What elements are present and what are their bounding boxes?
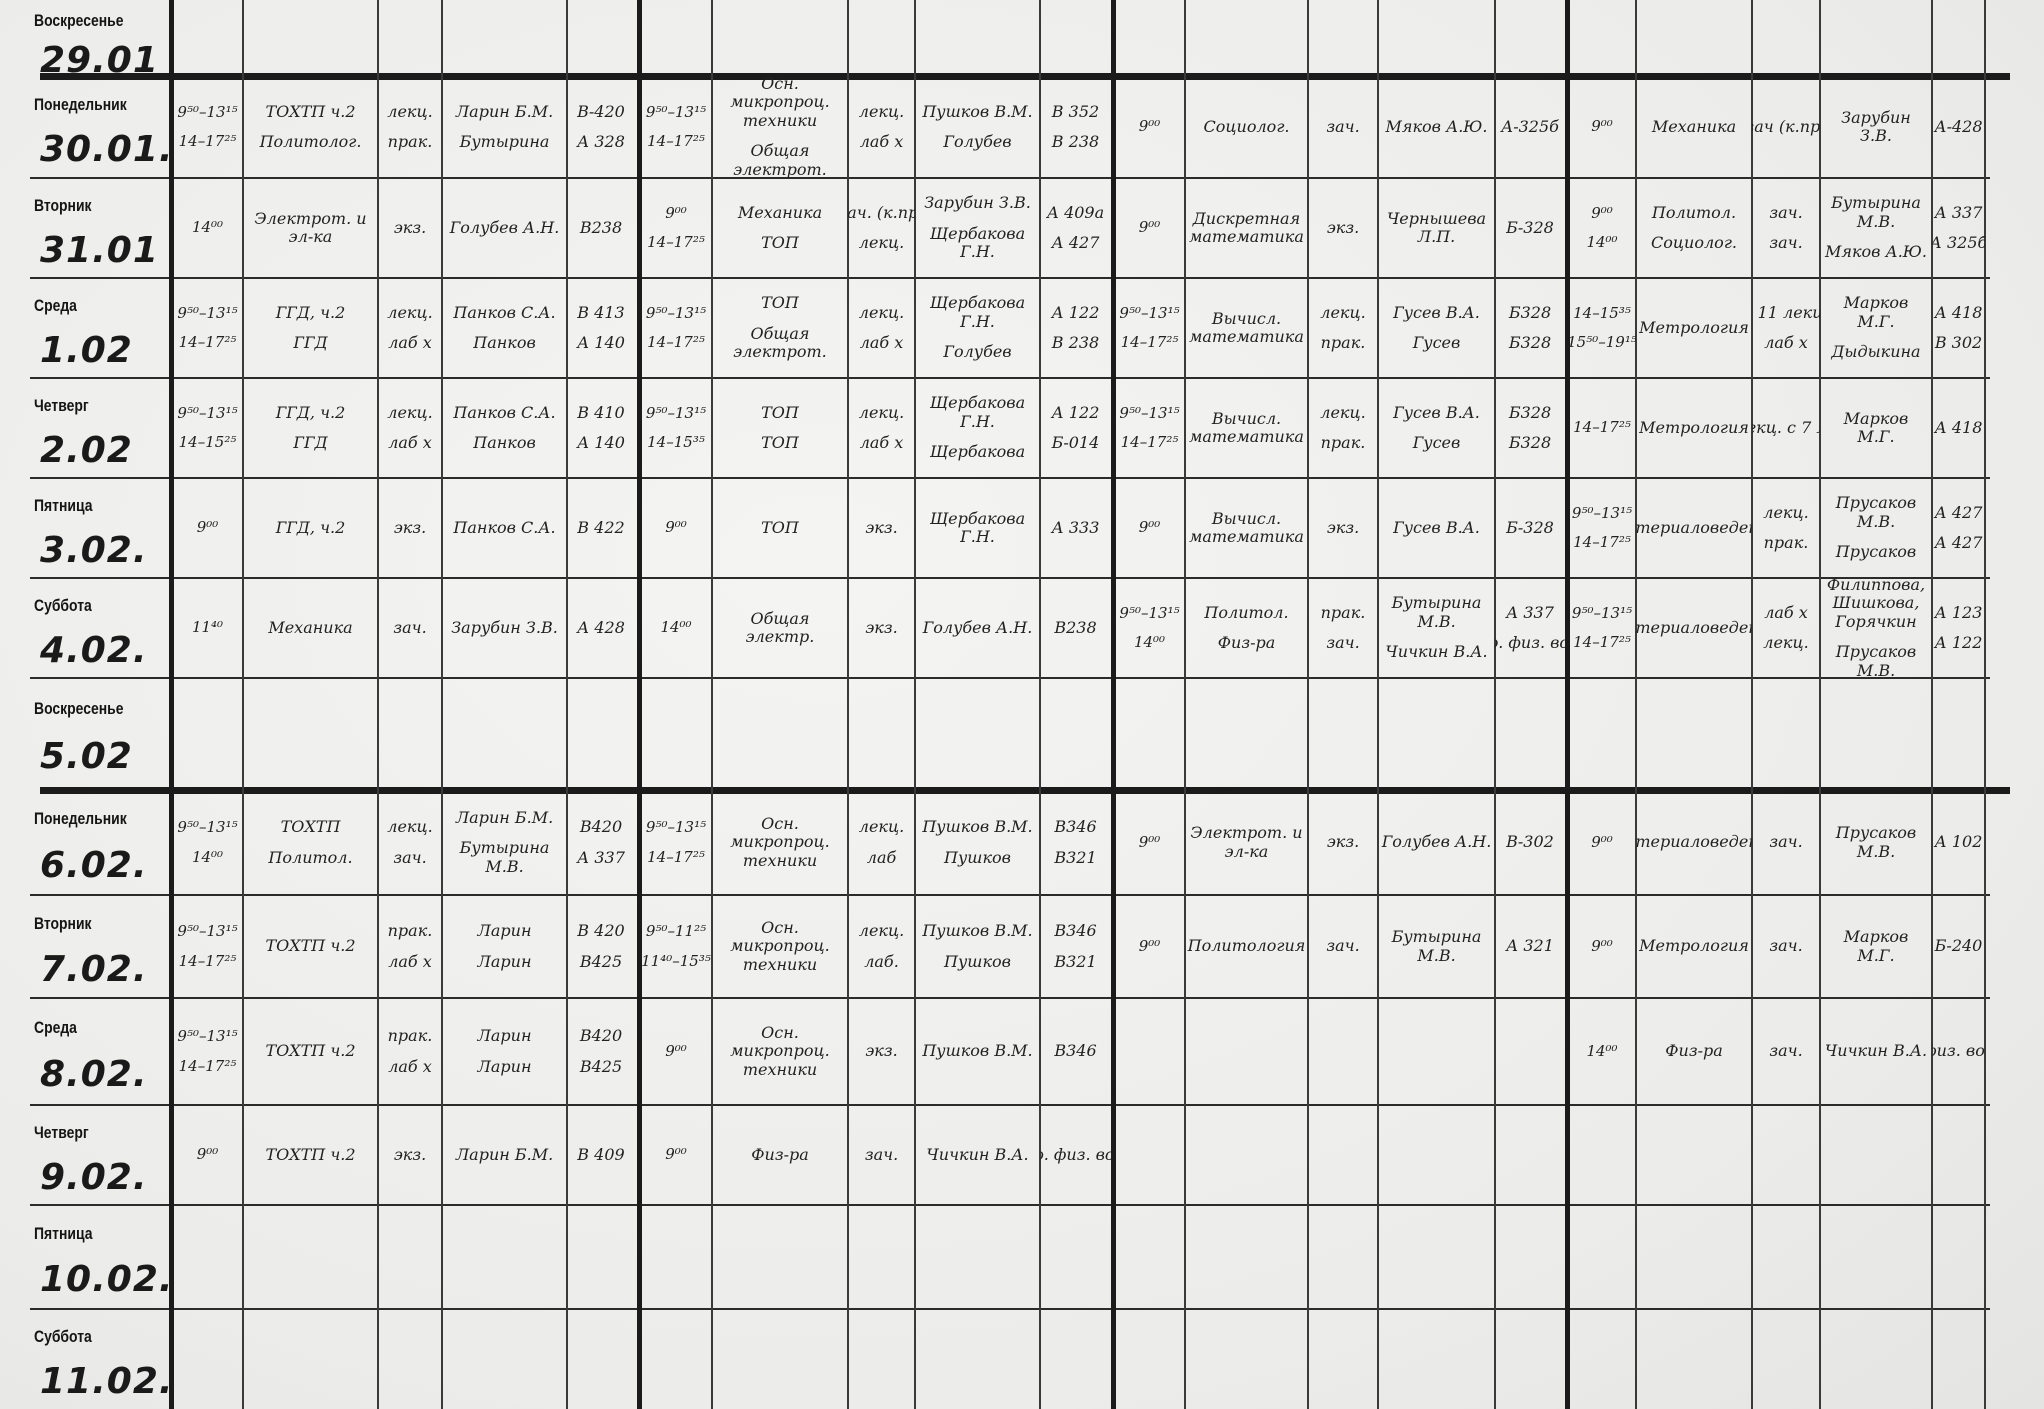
schedule-cell-teacher: Чичкин В.А. bbox=[1820, 998, 1932, 1105]
cell-line: прак. bbox=[388, 916, 433, 946]
cell-line: Зарубин З.В. bbox=[924, 188, 1031, 218]
schedule-cell-subject: Социолог. bbox=[1185, 76, 1308, 178]
schedule-cell-room: А 337каф. физ. восп. bbox=[1495, 578, 1565, 678]
cell-line: Вычисл. математика bbox=[1188, 504, 1305, 553]
schedule-cell-teacher: Пушков В.М.Пушков bbox=[915, 895, 1040, 998]
schedule-cell-room: В346 bbox=[1040, 998, 1111, 1105]
day-name: Четверг bbox=[34, 1123, 89, 1143]
cell-line: 9⁵⁰–11²⁵ bbox=[646, 917, 706, 946]
schedule-cell-subject bbox=[1636, 1309, 1752, 1409]
schedule-cell-teacher: Пушков В.М. bbox=[915, 998, 1040, 1105]
schedule-cell-type bbox=[378, 0, 442, 76]
day-label: Понедельник6.02. bbox=[30, 790, 170, 895]
day-label: Пятница3.02. bbox=[30, 478, 170, 578]
cell-line: Голубев А.Н. bbox=[450, 213, 560, 243]
schedule-cell-type: зач.зач. bbox=[1752, 178, 1820, 278]
cell-line: экз. bbox=[1327, 513, 1359, 543]
cell-line: Мяков А.Ю. bbox=[1386, 112, 1488, 142]
schedule-cell-room: А 122В 238 bbox=[1040, 278, 1111, 378]
cell-line: Электрот. и эл-ка bbox=[246, 204, 375, 253]
schedule-cell-subject bbox=[1636, 678, 1752, 790]
cell-line: 14–17²⁵ bbox=[179, 947, 237, 976]
cell-line: Ларин bbox=[478, 916, 532, 946]
schedule-cell-type bbox=[1308, 1205, 1378, 1309]
cell-line: 9⁵⁰–13¹⁵ bbox=[1572, 499, 1632, 528]
schedule-cell-subject bbox=[243, 0, 378, 76]
schedule-cell-room bbox=[1495, 1309, 1565, 1409]
cell-line: лаб. bbox=[864, 947, 899, 977]
cell-line: В346 bbox=[1054, 1036, 1096, 1066]
cell-line: прак. bbox=[388, 127, 433, 157]
schedule-cell-time bbox=[640, 0, 712, 76]
schedule-cell-room: А 102 bbox=[1932, 790, 1985, 895]
cell-line: лекц. bbox=[859, 228, 904, 258]
cell-line: Гусев bbox=[1413, 428, 1461, 458]
cell-line: лаб х bbox=[860, 127, 904, 157]
cell-line: 14⁰⁰ bbox=[1134, 628, 1165, 657]
cell-line: Чичкин В.А. bbox=[1825, 1036, 1927, 1066]
schedule-cell-room: В 422 bbox=[567, 478, 635, 578]
schedule-cell-type: экз. bbox=[848, 478, 915, 578]
cell-line: Социолог. bbox=[1651, 228, 1737, 258]
day-date: 29.01 bbox=[40, 40, 159, 81]
cell-line: Гусев bbox=[1413, 328, 1461, 358]
schedule-cell-room: А 123А 122 bbox=[1932, 578, 1985, 678]
cell-line: 9⁰⁰ bbox=[1139, 932, 1161, 961]
schedule-cell-teacher: Голубев А.Н. bbox=[442, 178, 567, 278]
cell-line: прак. bbox=[1321, 328, 1366, 358]
day-label: Суббота4.02. bbox=[30, 578, 170, 678]
schedule-cell-time: 9⁵⁰–13¹⁵14–17²⁵ bbox=[172, 998, 243, 1105]
cell-line: Щербакова Г.Н. bbox=[918, 388, 1037, 437]
cell-line: прак. bbox=[1764, 528, 1809, 558]
schedule-cell-type bbox=[1308, 1105, 1378, 1205]
cell-line: 14–17²⁵ bbox=[1573, 528, 1631, 557]
schedule-cell-subject: Механика bbox=[1636, 76, 1752, 178]
cell-line: лаб х bbox=[1764, 328, 1808, 358]
cell-line: Механика bbox=[1652, 112, 1736, 142]
cell-line: Политолог. bbox=[260, 127, 362, 157]
day-name: Пятница bbox=[34, 496, 92, 516]
schedule-cell-room: В238 bbox=[1040, 578, 1111, 678]
schedule-cell-room: Б328Б328 bbox=[1495, 378, 1565, 478]
schedule-cell-time: 9⁰⁰ bbox=[1568, 895, 1636, 998]
schedule-cell-time bbox=[640, 1309, 712, 1409]
day-date: 9.02. bbox=[40, 1157, 148, 1198]
schedule-cell-room: В346В321 bbox=[1040, 895, 1111, 998]
schedule-cell-room bbox=[567, 0, 635, 76]
schedule-cell-type bbox=[378, 1205, 442, 1309]
cell-line: экз. bbox=[865, 613, 897, 643]
schedule-cell-teacher bbox=[1378, 1105, 1495, 1205]
cell-line: 14–17²⁵ bbox=[1573, 628, 1631, 657]
cell-line: В 238 bbox=[1052, 328, 1099, 358]
schedule-cell-teacher bbox=[1820, 1309, 1932, 1409]
schedule-cell-subject: ГГД, ч.2ГГД bbox=[243, 378, 378, 478]
schedule-cell-room: В 410А 140 bbox=[567, 378, 635, 478]
schedule-cell-type: экз. bbox=[378, 1105, 442, 1205]
schedule-cell-time bbox=[172, 1309, 243, 1409]
cell-line: Осн. микропроц. техники bbox=[715, 76, 845, 136]
cell-line: Бутырина М.В. bbox=[1381, 588, 1492, 637]
schedule-cell-subject: ГГД, ч.2 bbox=[243, 478, 378, 578]
cell-line: 9⁰⁰ bbox=[1139, 828, 1161, 857]
cell-line: В 410 bbox=[577, 398, 624, 428]
schedule-cell-type: экз. bbox=[1308, 178, 1378, 278]
cell-line: Бутырина М.В. bbox=[445, 833, 564, 882]
cell-line: Электрот. и эл-ка bbox=[1188, 818, 1305, 867]
cell-line: 14⁰⁰ bbox=[192, 843, 223, 872]
schedule-cell-subject bbox=[1636, 1105, 1752, 1205]
schedule-cell-subject bbox=[1185, 0, 1308, 76]
schedule-cell-teacher: Бутырина М.В. bbox=[1378, 895, 1495, 998]
cell-line: Гусев В.А. bbox=[1393, 513, 1480, 543]
cell-line: зач. bbox=[1326, 112, 1359, 142]
schedule-cell-room: Б-328 bbox=[1495, 178, 1565, 278]
cell-line: 14–17²⁵ bbox=[179, 328, 237, 357]
cell-line: 9⁰⁰ bbox=[1591, 112, 1613, 141]
schedule-cell-teacher: Зарубин З.В.Щербакова Г.Н. bbox=[915, 178, 1040, 278]
schedule-cell-subject: Материаловедение bbox=[1636, 790, 1752, 895]
schedule-cell-subject bbox=[243, 1309, 378, 1409]
cell-line: Общая электрот. bbox=[715, 136, 845, 178]
schedule-cell-time bbox=[1568, 0, 1636, 76]
schedule-cell-type: экз. bbox=[378, 178, 442, 278]
cell-line: лекц. bbox=[859, 398, 904, 428]
cell-line: Ларин bbox=[478, 1021, 532, 1051]
cell-line: каф. физ. восп. bbox=[1040, 1140, 1111, 1170]
cell-line: Осн. микропроц. техники bbox=[715, 1018, 845, 1085]
schedule-cell-time bbox=[1114, 1309, 1185, 1409]
cell-line: прак. bbox=[388, 1021, 433, 1051]
schedule-cell-type bbox=[848, 678, 915, 790]
cell-line: Б-240 bbox=[1935, 931, 1983, 961]
schedule-cell-subject: Электрот. и эл-ка bbox=[243, 178, 378, 278]
cell-line: Ларин bbox=[478, 947, 532, 977]
schedule-cell-teacher: Щербакова Г.Н. bbox=[915, 478, 1040, 578]
schedule-cell-room bbox=[1040, 678, 1111, 790]
cell-line: А 418 bbox=[1935, 298, 1983, 328]
schedule-cell-time: 9⁵⁰–13¹⁵14⁰⁰ bbox=[172, 790, 243, 895]
schedule-cell-time: 9⁰⁰ bbox=[1568, 76, 1636, 178]
cell-line: В 413 bbox=[577, 298, 624, 328]
schedule-cell-subject: Электрот. и эл-ка bbox=[1185, 790, 1308, 895]
cell-line: лекц. bbox=[859, 298, 904, 328]
schedule-cell-room: А 122Б-014 bbox=[1040, 378, 1111, 478]
cell-line: А-325б bbox=[1501, 112, 1559, 142]
day-label: Вторник7.02. bbox=[30, 895, 170, 998]
schedule-cell-subject: Вычисл. математика bbox=[1185, 278, 1308, 378]
cell-line: 9⁰⁰ bbox=[665, 1037, 687, 1066]
cell-line: А 140 bbox=[577, 428, 625, 458]
schedule-cell-room bbox=[1040, 1309, 1111, 1409]
cell-line: лекц. bbox=[859, 916, 904, 946]
cell-line: 9⁰⁰ bbox=[665, 1140, 687, 1169]
cell-line: Осн. микропроц. техники bbox=[715, 913, 845, 980]
cell-line: 9⁵⁰–13¹⁵ bbox=[646, 299, 706, 328]
cell-line: Общая электр. bbox=[715, 604, 845, 653]
cell-line: А 409а bbox=[1047, 198, 1104, 228]
schedule-cell-type: экз. bbox=[848, 998, 915, 1105]
cell-line: В 420 bbox=[577, 916, 624, 946]
cell-line: лаб х bbox=[860, 428, 904, 458]
cell-line: В321 bbox=[1054, 843, 1096, 873]
cell-line: зач (к.пр) bbox=[1752, 112, 1820, 142]
day-label: Пятница10.02. bbox=[30, 1205, 170, 1309]
schedule-cell-subject: Осн. микропроц. техники bbox=[712, 790, 848, 895]
cell-line: А 325б bbox=[1932, 228, 1985, 258]
day-date: 2.02 bbox=[40, 430, 133, 471]
cell-line: лекц. bbox=[387, 97, 432, 127]
cell-line: зач. bbox=[1769, 198, 1802, 228]
cell-line: 9⁰⁰ bbox=[197, 1140, 219, 1169]
cell-line: 9⁵⁰–13¹⁵ bbox=[177, 917, 237, 946]
cell-line: 14–17²⁵ bbox=[647, 228, 705, 257]
schedule-cell-room: В 413А 140 bbox=[567, 278, 635, 378]
day-date: 31.01 bbox=[40, 230, 159, 271]
cell-line: Б-328 bbox=[1506, 213, 1554, 243]
cell-line: Гусев В.А. bbox=[1393, 298, 1480, 328]
cell-line: Марков М.Г. bbox=[1823, 404, 1929, 453]
cell-line: В238 bbox=[580, 213, 622, 243]
cell-line: Механика bbox=[268, 613, 352, 643]
cell-line: А 427 bbox=[1052, 228, 1100, 258]
schedule-cell-teacher: Зарубин З.В. bbox=[1820, 76, 1932, 178]
cell-line: Материаловедение bbox=[1636, 827, 1752, 857]
cell-line: Политология bbox=[1188, 931, 1306, 961]
schedule-cell-type bbox=[1752, 1205, 1820, 1309]
cell-line: ГГД, ч.2 bbox=[276, 513, 346, 543]
schedule-cell-subject: ТОХТП ч.2 bbox=[243, 895, 378, 998]
cell-line: Прусаков М.В. bbox=[1823, 818, 1929, 867]
cell-line: 9⁰⁰ bbox=[665, 199, 687, 228]
schedule-cell-room bbox=[1932, 1105, 1985, 1205]
schedule-cell-subject: Дискретная математика bbox=[1185, 178, 1308, 278]
day-name: Суббота bbox=[34, 596, 92, 616]
day-date: 3.02. bbox=[40, 530, 148, 571]
cell-line: ТОХТП ч.2 bbox=[265, 1036, 355, 1066]
cell-line: Вычисл. математика bbox=[1188, 304, 1305, 353]
schedule-cell-room: А-428 bbox=[1932, 76, 1985, 178]
schedule-cell-subject: Материаловедение bbox=[1636, 478, 1752, 578]
cell-line: 14–17²⁵ bbox=[1121, 428, 1179, 457]
schedule-cell-room: А 418 bbox=[1932, 378, 1985, 478]
cell-line: В 422 bbox=[577, 513, 624, 543]
schedule-cell-room: В-302 bbox=[1495, 790, 1565, 895]
schedule-cell-teacher: Гусев В.А.Гусев bbox=[1378, 278, 1495, 378]
day-name: Среда bbox=[34, 296, 77, 316]
schedule-cell-room bbox=[1495, 998, 1565, 1105]
schedule-cell-subject: Физ-ра bbox=[712, 1105, 848, 1205]
schedule-cell-time: 9⁵⁰–13¹⁵14–15²⁵ bbox=[172, 378, 243, 478]
schedule-cell-room: В346В321 bbox=[1040, 790, 1111, 895]
schedule-cell-room bbox=[1495, 0, 1565, 76]
schedule-cell-teacher: Голубев А.Н. bbox=[1378, 790, 1495, 895]
cell-line: лекц. с 7 лс bbox=[1752, 413, 1820, 443]
schedule-cell-type: лекц.прак. bbox=[378, 76, 442, 178]
cell-line: 14–17²⁵ bbox=[1121, 328, 1179, 357]
schedule-cell-subject: МеханикаТОП bbox=[712, 178, 848, 278]
schedule-cell-subject bbox=[243, 1205, 378, 1309]
cell-line: Голубев А.Н. bbox=[1382, 827, 1492, 857]
schedule-cell-teacher: Гусев В.А. bbox=[1378, 478, 1495, 578]
schedule-cell-room: А 427А 427 bbox=[1932, 478, 1985, 578]
day-date: 7.02. bbox=[40, 949, 148, 990]
schedule-cell-room bbox=[1040, 0, 1111, 76]
cell-line: 14–17²⁵ bbox=[1573, 413, 1631, 442]
schedule-cell-teacher bbox=[1378, 678, 1495, 790]
cell-line: 9⁰⁰ bbox=[1591, 828, 1613, 857]
cell-line: Голубев bbox=[943, 337, 1011, 367]
cell-line: экз. bbox=[394, 1140, 426, 1170]
day-label: Воскресенье29.01 bbox=[30, 0, 170, 76]
schedule-cell-room: А 321 bbox=[1495, 895, 1565, 998]
cell-line: В-420 bbox=[577, 97, 625, 127]
cell-line: А 321 bbox=[1506, 931, 1554, 961]
cell-line: 14–17²⁵ bbox=[179, 1052, 237, 1081]
schedule-cell-room: В 352В 238 bbox=[1040, 76, 1111, 178]
cell-line: 15⁵⁰–19¹⁵ bbox=[1568, 328, 1636, 357]
schedule-cell-room bbox=[1040, 1205, 1111, 1309]
schedule-cell-room: В238 bbox=[567, 178, 635, 278]
cell-line: лекц. bbox=[387, 298, 432, 328]
cell-line: лекц. bbox=[859, 97, 904, 127]
schedule-cell-teacher bbox=[442, 678, 567, 790]
cell-line: 9⁵⁰–13¹⁵ bbox=[177, 299, 237, 328]
cell-line: Политол. bbox=[268, 843, 352, 873]
schedule-cell-type: экз. bbox=[1308, 790, 1378, 895]
cell-line: 9⁵⁰–13¹⁵ bbox=[1119, 399, 1179, 428]
schedule-cell-teacher: Ларин Б.М.Бутырина bbox=[442, 76, 567, 178]
cell-line: Чернышева Л.П. bbox=[1381, 204, 1492, 253]
schedule-cell-time: 9⁰⁰ bbox=[640, 478, 712, 578]
day-label: Среда1.02 bbox=[30, 278, 170, 378]
cell-line: В 352 bbox=[1052, 97, 1099, 127]
day-name: Вторник bbox=[34, 196, 92, 216]
schedule-cell-type bbox=[1308, 1309, 1378, 1409]
cell-line: прак. bbox=[1321, 428, 1366, 458]
cell-line: зач. bbox=[393, 613, 426, 643]
cell-line: ТОП bbox=[761, 513, 799, 543]
schedule-cell-time: 9⁵⁰–13¹⁵14–17²⁵ bbox=[172, 895, 243, 998]
day-date: 8.02. bbox=[40, 1054, 148, 1095]
day-date: 30.01. bbox=[40, 129, 174, 170]
cell-line: ГГД bbox=[293, 428, 327, 458]
day-label: Вторник31.01 bbox=[30, 178, 170, 278]
schedule-cell-teacher bbox=[442, 0, 567, 76]
schedule-cell-room bbox=[1932, 1205, 1985, 1309]
cell-line: лаб х bbox=[388, 1052, 432, 1082]
schedule-cell-room: В420В425 bbox=[567, 998, 635, 1105]
day-date: 4.02. bbox=[40, 630, 148, 671]
cell-line: 9⁵⁰–13¹⁵ bbox=[646, 98, 706, 127]
schedule-cell-type: прак.лаб х bbox=[378, 998, 442, 1105]
schedule-cell-time bbox=[1568, 1309, 1636, 1409]
cell-line: В238 bbox=[1054, 613, 1096, 643]
schedule-cell-type: экз. bbox=[848, 578, 915, 678]
cell-line: лекц. bbox=[387, 812, 432, 842]
cell-line: лаб х bbox=[1764, 598, 1808, 628]
schedule-cell-teacher bbox=[1820, 1205, 1932, 1309]
schedule-cell-room: А 409аА 427 bbox=[1040, 178, 1111, 278]
cell-line: А 122 bbox=[1052, 398, 1100, 428]
cell-line: В-302 bbox=[1506, 827, 1554, 857]
schedule-cell-teacher: Панков С.А. bbox=[442, 478, 567, 578]
schedule-cell-teacher bbox=[442, 1205, 567, 1309]
cell-line: Б-328 bbox=[1506, 513, 1554, 543]
cell-line: В 238 bbox=[1052, 127, 1099, 157]
schedule-cell-type: лекц.лаб х bbox=[848, 76, 915, 178]
cell-line: ТОП bbox=[761, 288, 799, 318]
cell-line: Пушков bbox=[944, 843, 1011, 873]
schedule-cell-type bbox=[1752, 1105, 1820, 1205]
cell-line: Б328 bbox=[1509, 298, 1551, 328]
schedule-cell-type: лекц.зач. bbox=[378, 790, 442, 895]
schedule-cell-room: Б328Б328 bbox=[1495, 278, 1565, 378]
schedule-cell-teacher: Ларин Б.М. bbox=[442, 1105, 567, 1205]
schedule-cell-time: 9⁵⁰–13¹⁵14–17²⁵ bbox=[640, 278, 712, 378]
cell-line: Филиппова, Шишкова, Горячкин bbox=[1823, 578, 1929, 637]
cell-line: В321 bbox=[1054, 947, 1096, 977]
cell-line: лекц. bbox=[1320, 398, 1365, 428]
cell-line: Прусаков bbox=[1836, 537, 1916, 567]
schedule-cell-time: 9⁵⁰–13¹⁵14–17²⁵ bbox=[172, 278, 243, 378]
cell-line: Б328 bbox=[1509, 428, 1551, 458]
schedule-cell-time: 9⁵⁰–13¹⁵14–17²⁵ bbox=[1568, 578, 1636, 678]
cell-line: ТОХТП ч.2 bbox=[265, 931, 355, 961]
cell-line: 9⁰⁰ bbox=[197, 513, 219, 542]
cell-line: Дискретная математика bbox=[1188, 204, 1305, 253]
schedule-cell-teacher: Мяков А.Ю. bbox=[1378, 76, 1495, 178]
cell-line: Физ-ра bbox=[751, 1140, 809, 1170]
cell-line: зач. bbox=[1326, 931, 1359, 961]
cell-line: А 427 bbox=[1935, 498, 1983, 528]
schedule-cell-teacher bbox=[1378, 1309, 1495, 1409]
schedule-cell-teacher: Филиппова, Шишкова, ГорячкинПрусаков М.В… bbox=[1820, 578, 1932, 678]
cell-line: Метрология bbox=[1639, 413, 1749, 443]
cell-line: 14–15³⁵ bbox=[1573, 299, 1631, 328]
cell-line: В420 bbox=[580, 1021, 622, 1051]
schedule-cell-type: зач. bbox=[848, 1105, 915, 1205]
schedule-cell-room: А 418В 302 bbox=[1932, 278, 1985, 378]
schedule-cell-teacher: Панков С.А.Панков bbox=[442, 378, 567, 478]
schedule-cell-type bbox=[848, 0, 915, 76]
cell-line: зач. bbox=[1769, 931, 1802, 961]
schedule-cell-teacher: Марков М.Г.Дыдыкина bbox=[1820, 278, 1932, 378]
cell-line: Ларин bbox=[478, 1052, 532, 1082]
cell-line: Панков С.А. bbox=[453, 398, 555, 428]
schedule-cell-subject bbox=[712, 678, 848, 790]
cell-line: Чичкин В.А. bbox=[1385, 637, 1487, 667]
cell-line: А 337 bbox=[1935, 198, 1983, 228]
cell-line: В 302 bbox=[1935, 328, 1982, 358]
cell-line: Б328 bbox=[1509, 328, 1551, 358]
schedule-cell-type: зач. (к.пр)лекц. bbox=[848, 178, 915, 278]
schedule-cell-type: зач. bbox=[1752, 895, 1820, 998]
day-name: Понедельник bbox=[34, 809, 127, 829]
cell-line: А 337 bbox=[1506, 598, 1554, 628]
schedule-cell-time bbox=[1568, 678, 1636, 790]
schedule-cell-time: 9⁵⁰–13¹⁵14–17²⁵ bbox=[640, 790, 712, 895]
cell-line: А 337 bbox=[577, 843, 625, 873]
cell-line: Политол. bbox=[1652, 198, 1736, 228]
schedule-cell-type bbox=[848, 1309, 915, 1409]
cell-line: А-428 bbox=[1934, 112, 1982, 142]
cell-line: экз. bbox=[394, 213, 426, 243]
cell-line: Мяков А.Ю. bbox=[1825, 237, 1927, 267]
cell-line: 9⁰⁰ bbox=[1139, 213, 1161, 242]
cell-line: 14–15²⁵ bbox=[179, 428, 237, 457]
